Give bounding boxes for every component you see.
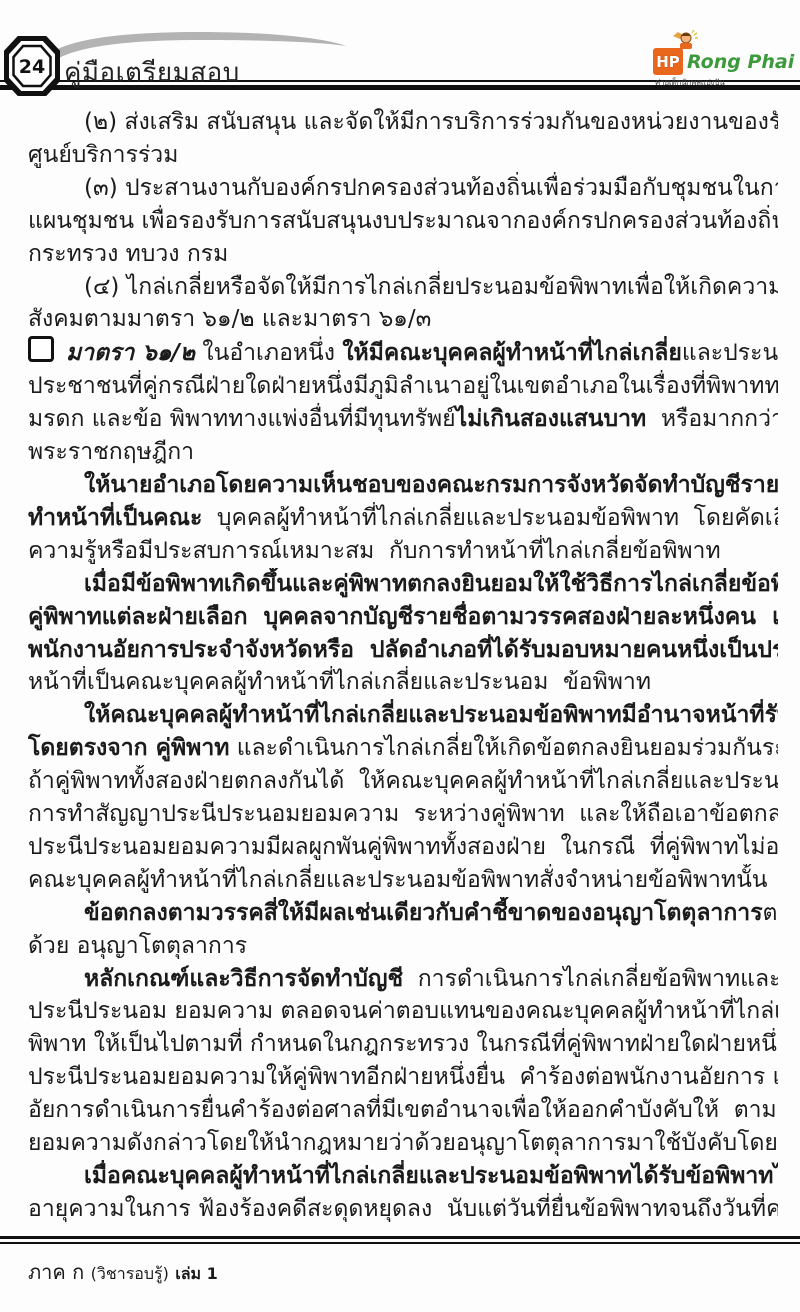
- footer-rule: [0, 1236, 800, 1244]
- page-number-badge: 24: [4, 36, 60, 96]
- text-run: ในอำเภอหนึ่ง: [195, 340, 342, 366]
- text-run: หน้าที่เป็นคณะบุคคลผู้ทำหน้าที่ไกล่เกลี่…: [28, 669, 651, 695]
- text-run: คู่พิพาทแต่ละฝ่ายเลือก บุคคลจากบัญชีรายช…: [28, 604, 778, 630]
- text-run: พระราชกฤษฎีกา: [28, 439, 194, 465]
- text-line: ทำหน้าที่เป็นคณะ บุคคลผู้ทำหน้าที่ไกล่เก…: [28, 502, 778, 535]
- text-line: (๒) ส่งเสริม สนับสนุน และจัดให้มีการบริก…: [28, 106, 778, 139]
- text-line: เมื่อคณะบุคคลผู้ทำหน้าที่ไกล่เกลี่ยและปร…: [28, 1160, 778, 1193]
- text-run: การทำสัญญาประนีประนอมยอมความ ระหว่างคู่พ…: [28, 801, 778, 827]
- text-run: ประชาชนที่คู่กรณีฝ่ายใดฝ่ายหนึ่งมีภูมิลำ…: [28, 373, 778, 399]
- text-run: บุคคลผู้ทำหน้าที่ไกล่เกลี่ยและประนอมข้อพ…: [202, 505, 778, 531]
- text-line: (๓) ประสานงานกับองค์กรปกครองส่วนท้องถิ่น…: [28, 172, 778, 205]
- text-run: ให้มีคณะบุคคลผู้ทำหน้าที่ไกล่เกลี่ย: [342, 340, 682, 366]
- text-line: พิพาท ให้เป็นไปตามที่ กำหนดในกฎกระทรวง ใ…: [28, 1028, 778, 1061]
- text-line: พระราชกฤษฎีกา: [28, 436, 778, 469]
- text-line: หน้าที่เป็นคณะบุคคลผู้ทำหน้าที่ไกล่เกลี่…: [28, 666, 778, 699]
- page-header: 24 คู่มือเตรียมสอบ HP Rong Phai ค่ายเด็ก…: [0, 0, 800, 100]
- text-run: หรือมากกว่านั้น ตามที่กำหนดใน: [646, 406, 778, 432]
- text-line: ด้วย อนุญาโตตุลาการ: [28, 930, 778, 963]
- volume-label: เล่ม 1: [175, 1264, 218, 1283]
- text-line: ยอมความดังกล่าวโดยให้นำกฎหมายว่าด้วยอนุญ…: [28, 1127, 778, 1160]
- text-line: ประนีประนอมยอมความมีผลผูกพันคู่พิพาททั้ง…: [28, 831, 778, 864]
- text-line: คู่พิพาทแต่ละฝ่ายเลือก บุคคลจากบัญชีรายช…: [28, 601, 778, 634]
- text-run: แผนชุมชน เพื่อรองรับการสนับสนุนงบประมาณจ…: [28, 208, 778, 234]
- text-run: ยอมความดังกล่าวโดยให้นำกฎหมายว่าด้วยอนุญ…: [28, 1130, 778, 1156]
- text-run: อายุความในการ ฟ้องร้องคดีสะดุดหยุดลง นับ…: [28, 1196, 778, 1222]
- page-header-title: คู่มือเตรียมสอบ: [64, 52, 240, 93]
- text-line: สังคมตามมาตรา ๖๑/๒ และมาตรา ๖๑/๓: [28, 303, 778, 336]
- text-line: กระทรวง ทบวง กรม: [28, 238, 778, 271]
- text-line: เมื่อมีข้อพิพาทเกิดขึ้นและคู่พิพาทตกลงยิ…: [28, 568, 778, 601]
- text-run: กระทรวง ทบวง กรม: [28, 241, 228, 267]
- text-run: และประนอมข้อพิพาทของ: [682, 340, 778, 366]
- text-run: (๓) ประสานงานกับองค์กรปกครองส่วนท้องถิ่น…: [84, 175, 778, 201]
- text-run: พนักงานอัยการประจำจังหวัดหรือ ปลัดอำเภอท…: [28, 637, 778, 663]
- text-run: และดำเนินการไกล่เกลี่ยให้เกิดข้อตกลงยินย…: [229, 735, 778, 761]
- brand-tagline: ค่ายเด็กนักพลแบ่งปัน: [655, 76, 724, 89]
- text-run: ศูนย์บริการร่วม: [28, 142, 178, 168]
- document-page: 24 คู่มือเตรียมสอบ HP Rong Phai ค่ายเด็ก…: [0, 0, 800, 1312]
- text-line: อายุความในการ ฟ้องร้องคดีสะดุดหยุดลง นับ…: [28, 1193, 778, 1226]
- text-line: การทำสัญญาประนีประนอมยอมความ ระหว่างคู่พ…: [28, 798, 778, 831]
- text-run: ให้คณะบุคคลผู้ทำหน้าที่ไกล่เกลี่ยและประน…: [84, 702, 778, 728]
- part-label: ภาค ก: [28, 1260, 84, 1284]
- text-line: พนักงานอัยการประจำจังหวัดหรือ ปลัดอำเภอท…: [28, 634, 778, 667]
- subject-label: (วิชารอบรู้): [91, 1264, 169, 1283]
- text-line: ประนีประนอมยอมความให้คู่พิพาทอีกฝ่ายหนึ่…: [28, 1061, 778, 1094]
- brand-name: Rong Phai: [687, 51, 794, 73]
- text-line: ให้คณะบุคคลผู้ทำหน้าที่ไกล่เกลี่ยและประน…: [28, 699, 778, 732]
- text-run: พิพาท ให้เป็นไปตามที่ กำหนดในกฎกระทรวง ใ…: [28, 1031, 778, 1057]
- text-run: (๒) ส่งเสริม สนับสนุน และจัดให้มีการบริก…: [84, 109, 778, 135]
- text-line: ข้อตกลงตามวรรคสี่ให้มีผลเช่นเดียวกับคำชี…: [28, 897, 778, 930]
- text-run: หลักเกณฑ์และวิธีการจัดทำบัญชี: [84, 966, 403, 992]
- text-run: ไม่เกินสองแสนบาท: [456, 406, 647, 432]
- text-run: เมื่อคณะบุคคลผู้ทำหน้าที่ไกล่เกลี่ยและปร…: [84, 1163, 778, 1189]
- text-run: มาตรา ๖๑/๒: [66, 340, 195, 366]
- text-run: ให้นายอำเภอโดยความเห็นชอบของคณะกรมการจัง…: [84, 472, 778, 498]
- text-run: เมื่อมีข้อพิพาทเกิดขึ้นและคู่พิพาทตกลงยิ…: [84, 571, 778, 597]
- text-line: โดยตรงจาก คู่พิพาท และดำเนินการไกล่เกลี่…: [28, 732, 778, 765]
- footer-text: ภาค ก (วิชารอบรู้) เล่ม 1: [28, 1256, 218, 1288]
- mascot-icon: [671, 30, 701, 50]
- text-line: หลักเกณฑ์และวิธีการจัดทำบัญชี การดำเนินก…: [28, 963, 778, 996]
- hp-logo-icon: HP: [653, 48, 683, 75]
- text-line: มรดก และข้อ พิพาททางแพ่งอื่นที่มีทุนทรัพ…: [28, 403, 778, 436]
- text-run: ทำหน้าที่เป็นคณะ: [28, 505, 202, 531]
- checkbox-icon: [28, 336, 54, 362]
- text-run: ข้อตกลงตามวรรคสี่ให้มีผลเช่นเดียวกับคำชี…: [84, 900, 763, 926]
- page-number: 24: [19, 56, 45, 78]
- text-run: สังคมตามมาตรา ๖๑/๒ และมาตรา ๖๑/๓: [28, 306, 431, 332]
- text-run: คณะบุคคลผู้ทำหน้าที่ไกล่เกลี่ยและประนอมข…: [28, 867, 768, 893]
- text-line: ให้นายอำเภอโดยความเห็นชอบของคณะกรมการจัง…: [28, 469, 778, 502]
- publisher-logo: HP Rong Phai ค่ายเด็กนักพลแบ่งปัน: [653, 40, 778, 82]
- text-line: ศูนย์บริการร่วม: [28, 139, 778, 172]
- text-line: ประชาชนที่คู่กรณีฝ่ายใดฝ่ายหนึ่งมีภูมิลำ…: [28, 370, 778, 403]
- text-line: ประนีประนอม ยอมความ ตลอดจนค่าตอบแทนของคณ…: [28, 995, 778, 1028]
- text-run: โดยตรงจาก คู่พิพาท: [28, 735, 229, 761]
- text-run: ด้วย อนุญาโตตุลาการ: [28, 933, 247, 959]
- logo-row: HP Rong Phai: [653, 48, 794, 75]
- text-line: (๔) ไกล่เกลี่ยหรือจัดให้มีการไกล่เกลี่ยป…: [28, 271, 778, 304]
- text-line: อัยการดำเนินการยื่นคำร้องต่อศาลที่มีเขตอ…: [28, 1094, 778, 1127]
- text-run: ความรู้หรือมีประสบการณ์เหมาะสม กับการทำห…: [28, 538, 721, 564]
- text-run: ถ้าคู่พิพาททั้งสองฝ่ายตกลงกันได้ ให้คณะบ…: [28, 768, 778, 794]
- text-line: ความรู้หรือมีประสบการณ์เหมาะสม กับการทำห…: [28, 535, 778, 568]
- text-run: ประนีประนอม ยอมความ ตลอดจนค่าตอบแทนของคณ…: [28, 998, 778, 1024]
- text-run: ตามกฎหมายว่า: [763, 900, 778, 926]
- text-run: มรดก และข้อ พิพาททางแพ่งอื่นที่มีทุนทรัพ…: [28, 406, 456, 432]
- document-body: (๒) ส่งเสริม สนับสนุน และจัดให้มีการบริก…: [28, 106, 778, 1226]
- text-run: อัยการดำเนินการยื่นคำร้องต่อศาลที่มีเขตอ…: [28, 1097, 778, 1123]
- text-line: มาตรา ๖๑/๒ ในอำเภอหนึ่ง ให้มีคณะบุคคลผู้…: [28, 336, 778, 370]
- text-line: ถ้าคู่พิพาททั้งสองฝ่ายตกลงกันได้ ให้คณะบ…: [28, 765, 778, 798]
- text-run: การดำเนินการไกล่เกลี่ยข้อพิพาทและการจัดท…: [403, 966, 778, 992]
- text-line: แผนชุมชน เพื่อรองรับการสนับสนุนงบประมาณจ…: [28, 205, 778, 238]
- text-run: ประนีประนอมยอมความมีผลผูกพันคู่พิพาททั้ง…: [28, 834, 778, 860]
- text-run: (๔) ไกล่เกลี่ยหรือจัดให้มีการไกล่เกลี่ยป…: [84, 274, 778, 300]
- text-run: ประนีประนอมยอมความให้คู่พิพาทอีกฝ่ายหนึ่…: [28, 1064, 778, 1090]
- text-line: คณะบุคคลผู้ทำหน้าที่ไกล่เกลี่ยและประนอมข…: [28, 864, 778, 897]
